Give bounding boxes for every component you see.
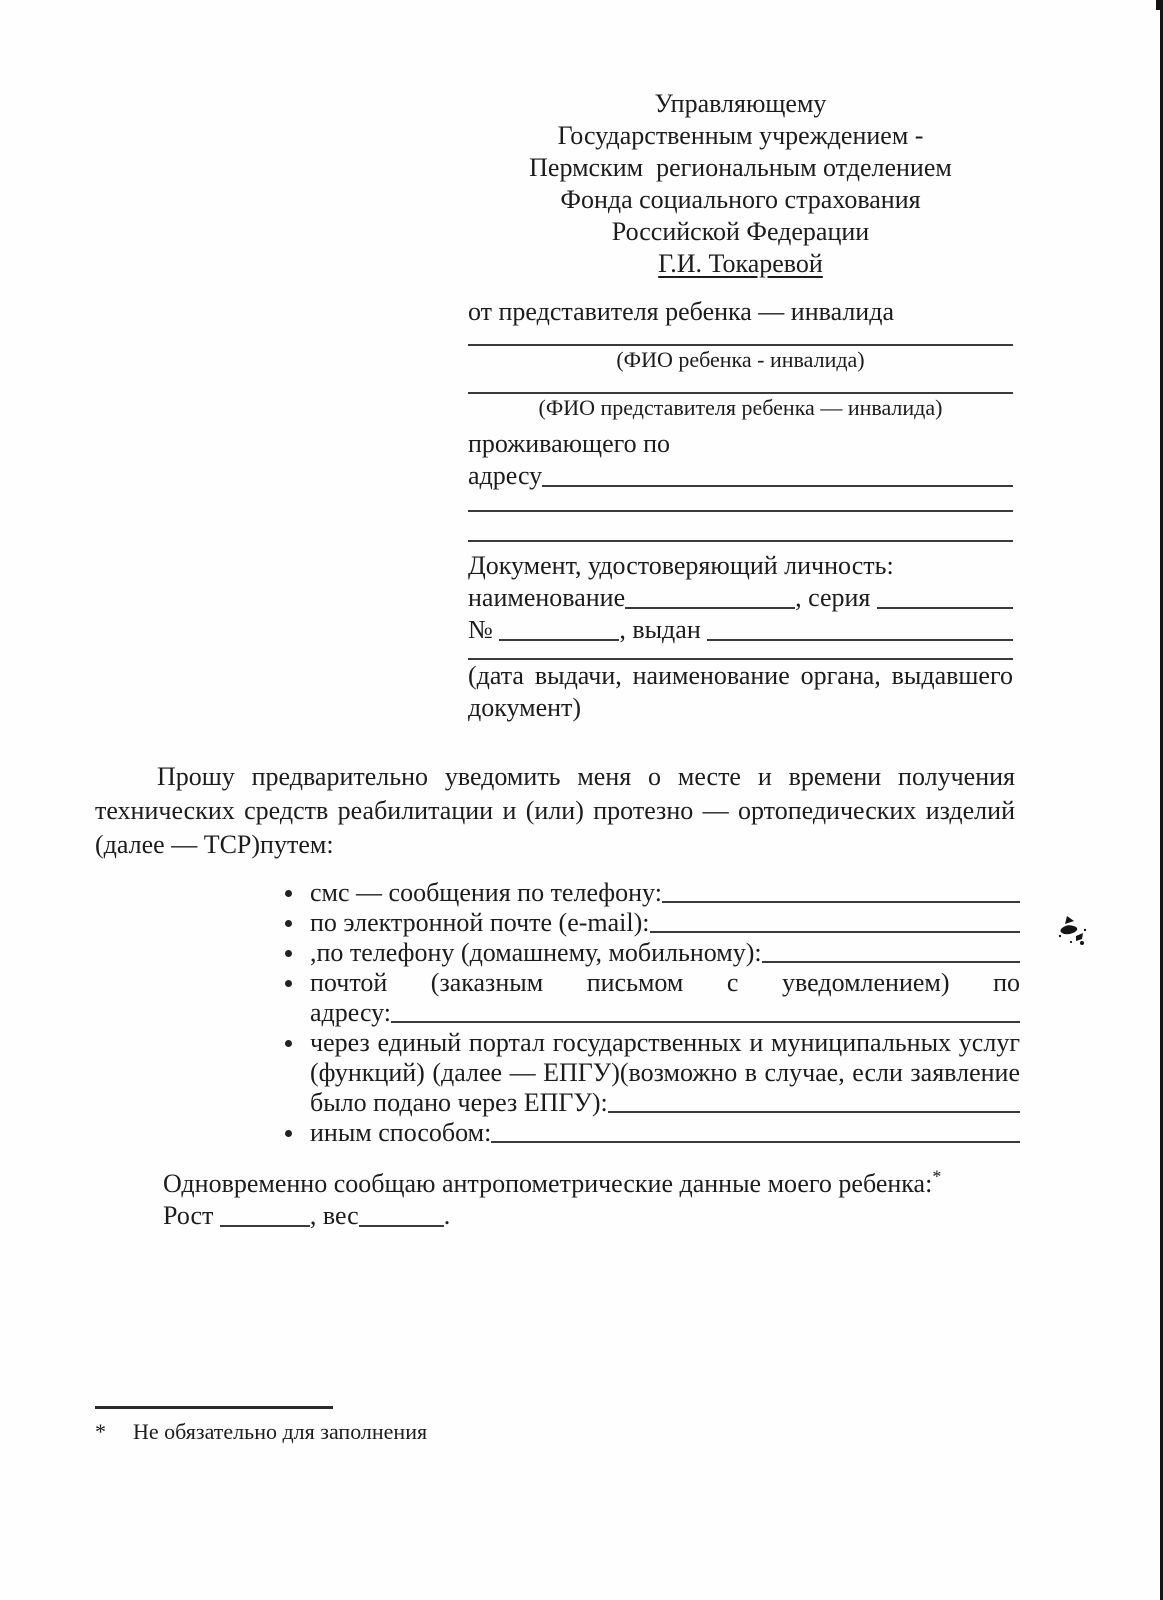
issue-caption-line1: (дата выдачи, наименование органа, выдав… [468, 660, 1013, 692]
addressee-line: Пермским региональным отделением [468, 152, 1013, 184]
doc-name-field [625, 597, 795, 609]
doc-issued-label: , выдан [619, 614, 707, 646]
address-label: адресу [468, 460, 542, 492]
bullet-label-row: иным способом: [310, 1118, 1020, 1148]
addressee-block: Управляющему Государственным учреждением… [468, 88, 1013, 724]
bullet-field [608, 1101, 1020, 1113]
addressee-line: Фонда социального страхования [468, 184, 1013, 216]
doc-name-label: наименование [468, 582, 625, 614]
addressee-name: Г.И. Токаревой [468, 248, 1013, 280]
residing-line: проживающего по [468, 428, 1013, 460]
doc-number-label: № [468, 614, 499, 646]
from-line: от представителя ребенка — инвалида [468, 296, 1013, 328]
address-row: адресу [468, 460, 1013, 492]
bullet-label-row: по электронной почте (e-mail): [310, 908, 1020, 938]
bullet-field [662, 891, 1020, 903]
paragraph-line: технических средств реабилитации и (или)… [95, 794, 1015, 828]
address-field-line2 [468, 492, 1013, 512]
notify-method-item: по электронной почте (e-mail): [280, 908, 1020, 938]
paragraph-line: (далее — ТСР)путем: [95, 828, 1015, 862]
anthro-text: Одновременно сообщаю антропометрические … [163, 1169, 932, 1198]
footnote-rule [95, 1406, 333, 1409]
paragraph-line: Прошу предварительно уведомить меня о ме… [95, 760, 1015, 794]
bullet-pre-line: через единый портал государственных и му… [310, 1028, 1020, 1058]
anthro-line: Одновременно сообщаю антропометрические … [163, 1168, 1015, 1200]
identity-doc-title: Документ, удостоверяющий личность: [468, 550, 1013, 582]
footnote-asterisk: * [95, 1419, 133, 1445]
addressee-line: Управляющему [468, 88, 1013, 120]
scan-edge-tick [1156, 0, 1163, 10]
notify-methods-list: смс — сообщения по телефону: по электрон… [280, 878, 1020, 1148]
bullet-field [762, 951, 1020, 963]
doc-issued-field-line2 [468, 646, 1013, 660]
footnote-block: *Не обязательно для заполнения [95, 1406, 795, 1445]
notify-method-item: ,по телефону (домашнему, мобильному): [280, 938, 1020, 968]
request-body: Прошу предварительно уведомить меня о ме… [95, 760, 1015, 1232]
doc-series-field [877, 597, 1013, 609]
bullet-label-row: смс — сообщения по телефону: [310, 878, 1020, 908]
caption-representative-name: (ФИО представителя ребенка — инвалида) [468, 396, 1013, 420]
doc-name-row: наименование , серия [468, 582, 1013, 614]
ink-blot-artifact [1052, 908, 1098, 954]
footnote-ref-asterisk: * [932, 1166, 941, 1186]
notify-method-item: почтой (заказным письмом с уведомлением)… [280, 968, 1020, 1028]
scanned-application-page: Управляющему Государственным учреждением… [0, 0, 1163, 1600]
bullet-label: иным способом: [310, 1118, 491, 1148]
bullet-field [491, 1131, 1020, 1143]
height-field [220, 1215, 310, 1227]
child-name-field [468, 328, 1013, 346]
bullet-label: было подано через ЕПГУ): [310, 1088, 608, 1118]
height-weight-row: Рост , вес . [163, 1200, 1015, 1232]
weight-field [359, 1215, 444, 1227]
bullet-field [650, 921, 1021, 933]
bullet-field [391, 1011, 1020, 1023]
addressee-line: Российской Федерации [468, 216, 1013, 248]
bullet-label: смс — сообщения по телефону: [310, 878, 662, 908]
addressee-line: Государственным учреждением - [468, 120, 1013, 152]
doc-number-row: № , выдан [468, 614, 1013, 646]
caption-child-name: (ФИО ребенка - инвалида) [468, 348, 1013, 372]
representative-name-field [468, 372, 1013, 394]
weight-label: , вес [310, 1200, 359, 1232]
doc-issued-field [707, 629, 1013, 641]
bullet-pre-line: почтой (заказным письмом с уведомлением)… [310, 968, 1020, 998]
doc-number-field [499, 629, 619, 641]
bullet-label-row: ,по телефону (домашнему, мобильному): [310, 938, 1020, 968]
footnote-text: Не обязательно для заполнения [133, 1419, 427, 1444]
notify-method-item: иным способом: [280, 1118, 1020, 1148]
bullet-pre-line: (функций) (далее — ЕПГУ)(возможно в случ… [310, 1058, 1020, 1088]
bullet-label: адресу: [310, 998, 391, 1028]
footnote-line: *Не обязательно для заполнения [95, 1419, 795, 1445]
height-label: Рост [163, 1200, 220, 1232]
bullet-label: по электронной почте (e-mail): [310, 908, 650, 938]
notify-method-item: через единый портал государственных и му… [280, 1028, 1020, 1118]
bullet-label-row: адресу: [310, 998, 1020, 1028]
address-field-line3 [468, 512, 1013, 542]
bullet-label-row: было подано через ЕПГУ): [310, 1088, 1020, 1118]
doc-series-label: , серия [795, 582, 877, 614]
anthro-block: Одновременно сообщаю антропометрические … [163, 1168, 1015, 1232]
issue-caption-line2: документ) [468, 692, 1013, 724]
bullet-label: ,по телефону (домашнему, мобильному): [310, 938, 762, 968]
notify-method-item: смс — сообщения по телефону: [280, 878, 1020, 908]
address-field [542, 475, 1013, 487]
sentence-period: . [444, 1200, 451, 1232]
